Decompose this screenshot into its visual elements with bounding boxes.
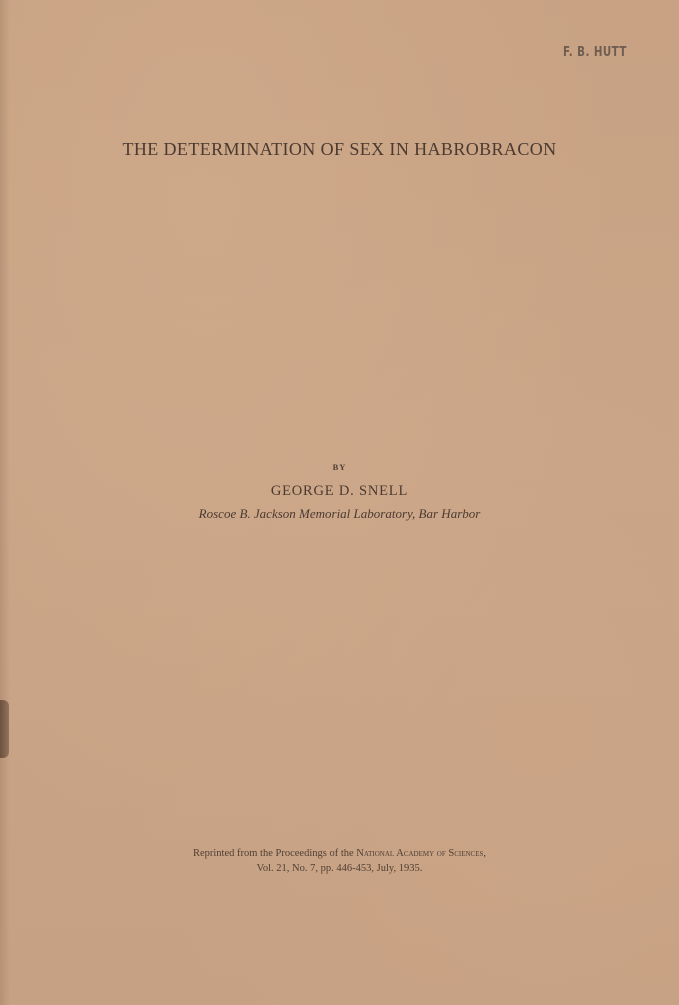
binding-staple-mark xyxy=(0,700,9,758)
author-name: GEORGE D. SNELL xyxy=(0,483,679,500)
reprint-notice: Reprinted from the Proceedings of the Na… xyxy=(0,846,679,876)
journal-name: National Academy of Sciences, xyxy=(356,848,486,859)
pamphlet-cover: F. B. HUTT THE DETERMINATION OF SEX IN H… xyxy=(0,0,679,1005)
reprint-line-2: Vol. 21, No. 7, pp. 446-453, July, 1935. xyxy=(0,861,679,876)
owner-stamp: F. B. HUTT xyxy=(563,45,627,60)
reprint-prefix: Reprinted from the Proceedings of the xyxy=(193,848,356,859)
author-affiliation: Roscoe B. Jackson Memorial Laboratory, B… xyxy=(0,506,679,522)
document-title: THE DETERMINATION OF SEX IN HABROBRACON xyxy=(0,139,679,160)
byline-label: BY xyxy=(0,462,679,472)
reprint-line-1: Reprinted from the Proceedings of the Na… xyxy=(0,846,679,861)
